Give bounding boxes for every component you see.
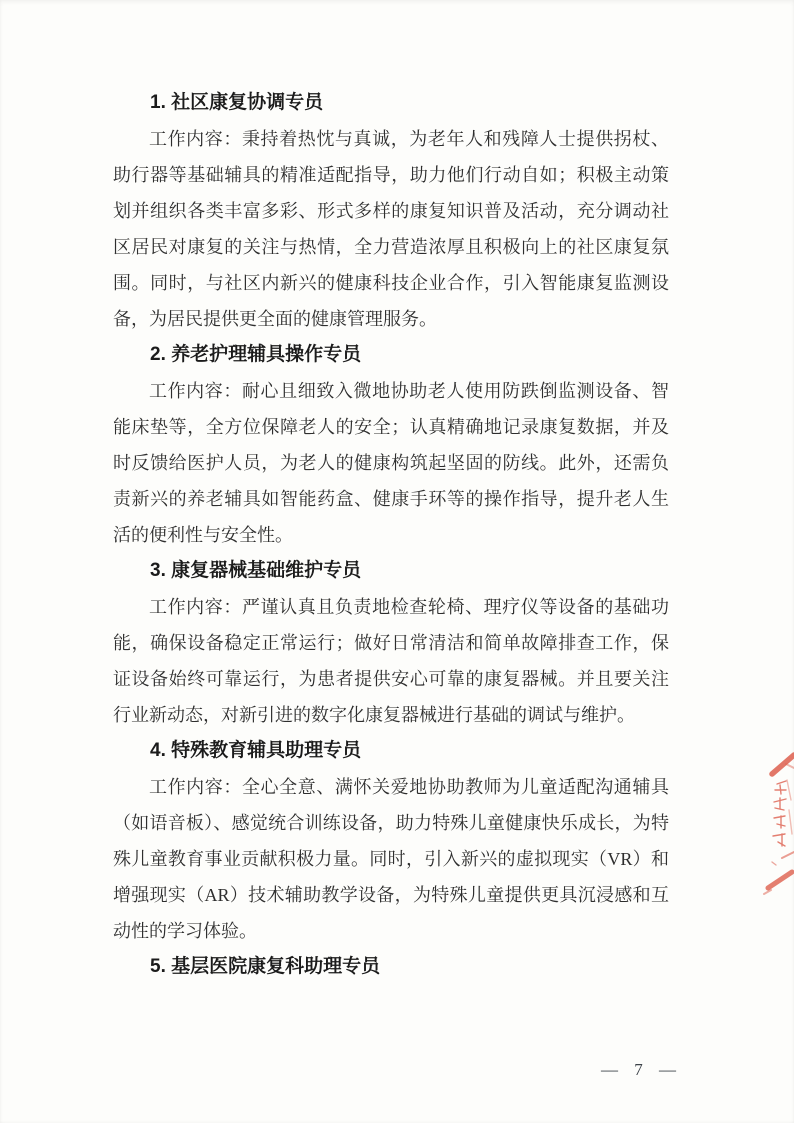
document-body: 1. 社区康复协调专员 工作内容：秉持着热忱与真诚，为老年人和残障人士提供拐杖、… (113, 85, 669, 985)
document-page: 1. 社区康复协调专员 工作内容：秉持着热忱与真诚，为老年人和残障人士提供拐杖、… (0, 0, 794, 1123)
page-number: — 7 — (601, 1058, 677, 1094)
section-heading: 2. 养老护理辅具操作专员 (113, 337, 669, 373)
section-paragraph: 工作内容：全心全意、满怀关爱地协助教师为儿童适配沟通辅具（如语音板）、感觉统合训… (113, 769, 669, 949)
section-heading: 3. 康复器械基础维护专员 (113, 553, 669, 589)
section-paragraph: 工作内容：耐心且细致入微地协助老人使用防跌倒监测设备、智能床垫等，全方位保障老人… (113, 373, 669, 553)
section-heading: 1. 社区康复协调专员 (113, 85, 669, 121)
section-heading: 4. 特殊教育辅具助理专员 (113, 733, 669, 769)
section-paragraph: 工作内容：严谨认真且负责地检查轮椅、理疗仪等设备的基础功能，确保设备稳定正常运行… (113, 589, 669, 733)
section-paragraph: 工作内容：秉持着热忱与真诚，为老年人和残障人士提供拐杖、助行器等基础辅具的精准适… (113, 121, 669, 337)
job-section-4: 4. 特殊教育辅具助理专员 工作内容：全心全意、满怀关爱地协助教师为儿童适配沟通… (113, 733, 669, 949)
job-section-1: 1. 社区康复协调专员 工作内容：秉持着热忱与真诚，为老年人和残障人士提供拐杖、… (113, 85, 669, 337)
job-section-5: 5. 基层医院康复科助理专员 (113, 949, 669, 985)
section-heading: 5. 基层医院康复科助理专员 (113, 949, 669, 985)
red-seal-fragment-icon (760, 750, 794, 900)
job-section-3: 3. 康复器械基础维护专员 工作内容：严谨认真且负责地检查轮椅、理疗仪等设备的基… (113, 553, 669, 733)
job-section-2: 2. 养老护理辅具操作专员 工作内容：耐心且细致入微地协助老人使用防跌倒监测设备… (113, 337, 669, 553)
